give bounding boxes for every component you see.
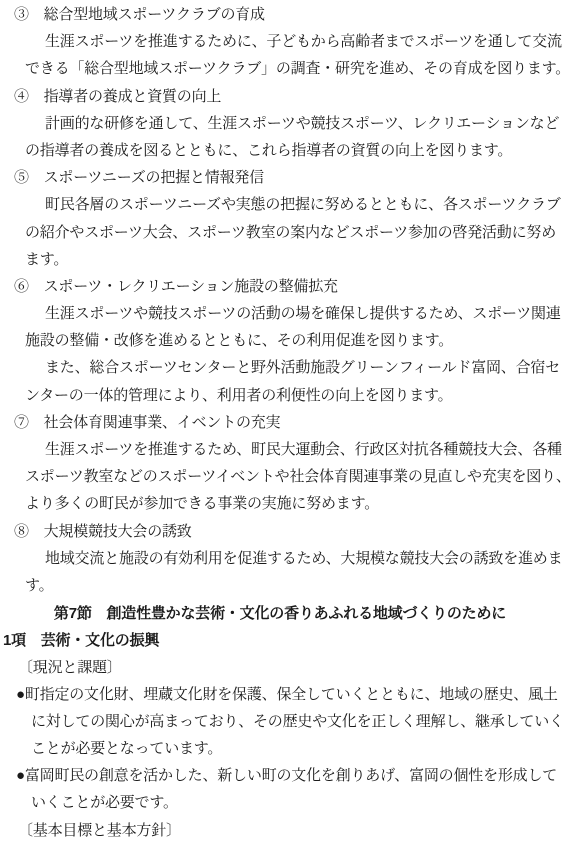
item-4-heading: ④ 指導者の養成と資質の向上 [0,84,570,111]
paragraph-line: す。 [0,573,570,600]
label-basic-goals: 〔基本目標と基本方針〕 [0,818,570,845]
paragraph-line: 生涯スポーツを推進するために、子どもから高齢者までスポーツを通して交流 [0,29,570,56]
paragraph-line: ンターの一体的管理により、利用者の利便性の向上を図ります。 [0,383,570,410]
item-5-heading: ⑤ スポーツニーズの把握と情報発信 [0,165,570,192]
item-3-heading: ③ 総合型地域スポーツクラブの育成 [0,2,570,29]
paragraph-line: の指導者の養成を図るとともに、これら指導者の資質の向上を図ります。 [0,138,570,165]
paragraph-line: 町民各層のスポーツニーズや実態の把握に努めるとともに、各スポーツクラブ [0,192,570,219]
label-current-status: 〔現況と課題〕 [0,655,570,682]
bullet-line: いくことが必要です。 [0,790,570,817]
paragraph-line: スポーツ教室などのスポーツイベントや社会体育関連事業の見直しや充実を図り、 [0,464,570,491]
bullet-line: ●富岡町民の創意を活かした、新しい町の文化を創りあげ、富岡の個性を形成して [0,763,570,790]
paragraph-line: 生涯スポーツを推進するため、町民大運動会、行政区対抗各種競技大会、各種 [0,437,570,464]
bullet-line: ●町指定の文化財、埋蔵文化財を保護、保全していくとともに、地域の歴史、風土 [0,682,570,709]
item-8-heading: ⑧ 大規模競技大会の誘致 [0,519,570,546]
bullet-line: に対しての関心が高まっており、その歴史や文化を正しく理解し、継承していく [0,709,570,736]
paragraph-line: ます。 [0,247,570,274]
bullet-line: ことが必要となっています。 [0,736,570,763]
document-page: ③ 総合型地域スポーツクラブの育成 生涯スポーツを推進するために、子どもから高齢… [0,0,570,852]
paragraph-line: また、総合スポーツセンターと野外活動施設グリーンフィールド富岡、合宿セ [0,355,570,382]
item-6-heading: ⑥ スポーツ・レクリエーション施設の整備拡充 [0,274,570,301]
subsection-1-heading: 1項 芸術・文化の振興 [0,627,570,654]
paragraph-line: 地域交流と施設の有効利用を促進するため、大規模な競技大会の誘致を進めま [0,546,570,573]
paragraph-line: の紹介やスポーツ大会、スポーツ教室の案内などスポーツ参加の啓発活動に努め [0,220,570,247]
paragraph-line: 生涯スポーツや競技スポーツの活動の場を確保し提供するため、スポーツ関連 [0,301,570,328]
paragraph-line: 計画的な研修を通して、生涯スポーツや競技スポーツ、レクリエーションなど [0,111,570,138]
paragraph-line: より多くの町民が参加できる事業の実施に努めます。 [0,491,570,518]
paragraph-line: 施設の整備・改修を進めるとともに、その利用促進を図ります。 [0,328,570,355]
paragraph-line: できる「総合型地域スポーツクラブ」の調査・研究を進め、その育成を図ります。 [0,56,570,83]
section-7-heading: 第7節 創造性豊かな芸術・文化の香りあふれる地域づくりのために [0,600,570,627]
item-7-heading: ⑦ 社会体育関連事業、イベントの充実 [0,410,570,437]
